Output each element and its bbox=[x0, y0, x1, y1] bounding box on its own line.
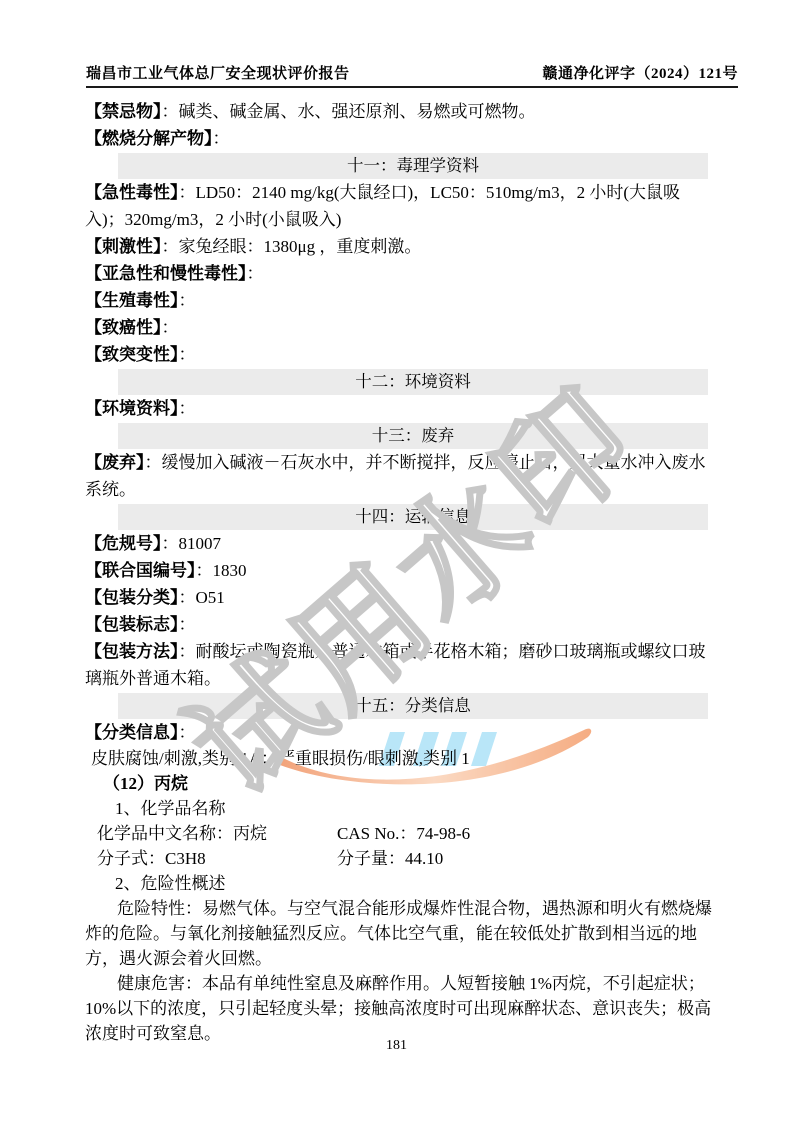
propane-heading: （12）丙烷 bbox=[85, 771, 713, 796]
msds-field: 【环境资料】： bbox=[85, 395, 713, 422]
field-label: 【分类信息】 bbox=[85, 723, 179, 742]
page-number: 181 bbox=[0, 1038, 793, 1054]
field-label: 【致癌性】 bbox=[85, 318, 162, 337]
msds-field: 【燃烧分解产物】： bbox=[85, 125, 713, 152]
field-label: 【包装分类】 bbox=[85, 588, 179, 607]
field-label: 【刺激性】 bbox=[85, 237, 162, 256]
health-paragraph: 健康危害：本品有单纯性窒息及麻醉作用。人短暂接触 1%丙烷，不引起症状；10%以… bbox=[85, 971, 713, 1046]
hazard-paragraph: 危险特性：易燃气体。与空气混合能形成爆炸性混合物，遇热源和明火有燃烧爆炸的危险。… bbox=[85, 896, 713, 971]
msds-field: 【致癌性】： bbox=[85, 314, 713, 341]
msds-field: 【亚急性和慢性毒性】： bbox=[85, 260, 713, 287]
propane-subheading-1: 1、化学品名称 bbox=[85, 796, 713, 821]
classification-line: 皮肤腐蚀/刺激,类别 1A；严重眼损伤/眼刺激,类别 1 bbox=[85, 746, 713, 771]
field-label: 【生殖毒性】 bbox=[85, 291, 179, 310]
field-value: ：O51 bbox=[179, 588, 225, 607]
field-value: ： bbox=[179, 723, 196, 742]
field-value: ： bbox=[179, 291, 196, 310]
report-title: 瑞昌市工业气体总厂安全现状评价报告 bbox=[86, 62, 350, 83]
chemical-name-cn: 化学品中文名称：丙烷 bbox=[85, 821, 337, 846]
molecular-formula: 分子式：C3H8 bbox=[85, 846, 337, 871]
msds-field: 【包装分类】：O51 bbox=[85, 584, 713, 611]
field-value: ：碱类、碱金属、水、强还原剂、易燃或可燃物。 bbox=[162, 102, 536, 121]
section-header-toxicology: 十一：毒理学资料 bbox=[118, 153, 708, 179]
msds-field: 【分类信息】： bbox=[85, 719, 713, 746]
propane-name-row: 化学品中文名称：丙烷 CAS No.：74-98-6 bbox=[85, 821, 713, 846]
field-label: 【包装方法】 bbox=[85, 642, 179, 661]
cas-number: CAS No.：74-98-6 bbox=[337, 821, 470, 846]
section-header-classification: 十五：分类信息 bbox=[118, 693, 708, 719]
field-label: 【急性毒性】 bbox=[85, 183, 179, 202]
field-value: ： bbox=[162, 318, 179, 337]
msds-field: 【废弃】：缓慢加入碱液－石灰水中，并不断搅拌，反应停止后，用大量水冲入废水系统。 bbox=[85, 449, 713, 503]
field-label: 【亚急性和慢性毒性】 bbox=[85, 264, 247, 283]
field-value: ： bbox=[247, 264, 264, 283]
field-label: 【禁忌物】 bbox=[85, 102, 162, 121]
msds-field: 【致突变性】： bbox=[85, 341, 713, 368]
page-header: 瑞昌市工业气体总厂安全现状评价报告 赣通净化评字（2024）121号 bbox=[86, 62, 738, 88]
section-header-environment: 十二：环境资料 bbox=[118, 369, 708, 395]
document-page: 瑞昌市工业气体总厂安全现状评价报告 赣通净化评字（2024）121号 【禁忌物】… bbox=[0, 0, 793, 1122]
msds-field: 【包装标志】： bbox=[85, 611, 713, 638]
field-label: 【废弃】 bbox=[85, 453, 145, 472]
field-value: ：耐酸坛或陶瓷瓶外普通木箱或半花格木箱；磨砂口玻璃瓶或螺纹口玻璃瓶外普通木箱。 bbox=[85, 642, 706, 688]
field-label: 【联合国编号】 bbox=[85, 561, 196, 580]
section-header-disposal: 十三：废弃 bbox=[118, 423, 708, 449]
msds-field: 【急性毒性】：LD50：2140 mg/kg(大鼠经口)，LC50：510mg/… bbox=[85, 179, 713, 233]
msds-field: 【危规号】：81007 bbox=[85, 530, 713, 557]
field-value: ：81007 bbox=[162, 534, 222, 553]
msds-field: 【刺激性】：家兔经眼：1380μg ，重度刺激。 bbox=[85, 233, 713, 260]
field-value: ： bbox=[179, 345, 196, 364]
msds-field: 【联合国编号】：1830 bbox=[85, 557, 713, 584]
propane-subheading-2: 2、危险性概述 bbox=[85, 871, 713, 896]
field-label: 【燃烧分解产物】 bbox=[85, 129, 213, 148]
field-label: 【致突变性】 bbox=[85, 345, 179, 364]
doc-number: 赣通净化评字（2024）121号 bbox=[542, 62, 738, 83]
msds-content: 【禁忌物】：碱类、碱金属、水、强还原剂、易燃或可燃物。 【燃烧分解产物】： 十一… bbox=[85, 98, 713, 1046]
field-value: ： bbox=[179, 615, 196, 634]
propane-formula-row: 分子式：C3H8 分子量：44.10 bbox=[85, 846, 713, 871]
molecular-weight: 分子量：44.10 bbox=[337, 846, 443, 871]
msds-field: 【包装方法】：耐酸坛或陶瓷瓶外普通木箱或半花格木箱；磨砂口玻璃瓶或螺纹口玻璃瓶外… bbox=[85, 638, 713, 692]
msds-field: 【禁忌物】：碱类、碱金属、水、强还原剂、易燃或可燃物。 bbox=[85, 98, 713, 125]
field-value: ：1830 bbox=[196, 561, 247, 580]
field-value: ：缓慢加入碱液－石灰水中，并不断搅拌，反应停止后，用大量水冲入废水系统。 bbox=[85, 453, 706, 499]
field-value: ： bbox=[213, 129, 230, 148]
field-label: 【环境资料】 bbox=[85, 399, 179, 418]
field-value: ： bbox=[179, 399, 196, 418]
field-label: 【包装标志】 bbox=[85, 615, 179, 634]
section-header-transport: 十四：运输信息 bbox=[118, 504, 708, 530]
msds-field: 【生殖毒性】： bbox=[85, 287, 713, 314]
field-value: ：家兔经眼：1380μg ，重度刺激。 bbox=[162, 237, 422, 256]
field-label: 【危规号】 bbox=[85, 534, 162, 553]
